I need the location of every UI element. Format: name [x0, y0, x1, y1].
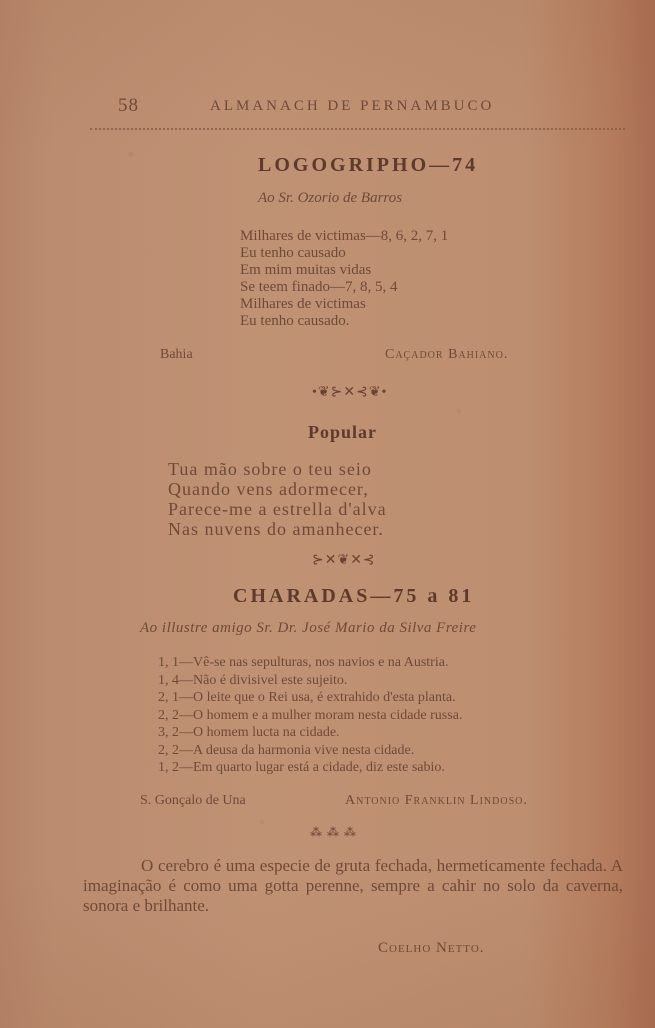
logogripho-title: LOGOGRIPHO—74	[258, 154, 478, 177]
header-dotted-rule	[90, 128, 625, 130]
quote-paragraph: O cerebro é uma especie de gruta fechada…	[83, 856, 623, 916]
logogripho-place: Bahia	[160, 347, 193, 363]
charadas-author: Antonio Franklin Lindoso.	[345, 793, 528, 809]
verse-line: Milhares de victimas—8, 6, 2, 7, 1	[240, 228, 448, 245]
ornament-icon: ⁂ ⁂ ⁂	[310, 825, 357, 840]
charada-item: 1, 4—Não é divisivel este sujeito.	[158, 672, 462, 690]
verse-line: Quando vens adormecer,	[168, 479, 387, 499]
verse-line: Nas nuvens do amanhecer.	[168, 519, 387, 539]
charadas-dedication: Ao illustre amigo Sr. Dr. José Mario da …	[140, 620, 476, 637]
charadas-list: 1, 1—Vê-se nas sepulturas, nos navios e …	[158, 654, 462, 777]
popular-verse: Tua mão sobre o teu seio Quando vens ado…	[168, 459, 387, 539]
verse-line: Milhares de victimas	[240, 296, 448, 313]
charada-item: 2, 1—O leite que o Rei usa, é extrahido …	[158, 689, 462, 707]
logogripho-verse: Milhares de victimas—8, 6, 2, 7, 1 Eu te…	[240, 228, 448, 330]
almanac-page: 58 ALMANACH DE PERNAMBUCO LOGOGRIPHO—74 …	[0, 0, 655, 1028]
charada-item: 2, 2—O homem e a mulher moram nesta cida…	[158, 707, 462, 725]
quote-author: Coelho Netto.	[378, 940, 485, 957]
verse-line: Eu tenho causado	[240, 245, 448, 262]
verse-line: Em mim muitas vidas	[240, 262, 448, 279]
running-title: ALMANACH DE PERNAMBUCO	[210, 98, 494, 115]
logogripho-author: Caçador Bahiano.	[385, 347, 508, 363]
logogripho-dedication: Ao Sr. Ozorio de Barros	[258, 190, 402, 207]
verse-line: Parece-me a estrella d'alva	[168, 499, 387, 519]
charada-item: 3, 2—O homem lucta na cidade.	[158, 724, 462, 742]
charada-item: 2, 2—A deusa da harmonia vive nesta cida…	[158, 742, 462, 760]
ornament-icon: ⊱✕❦✕⊰	[312, 552, 376, 569]
verse-line: Tua mão sobre o teu seio	[168, 459, 387, 479]
charadas-title: CHARADAS—75 a 81	[233, 585, 474, 608]
page-number: 58	[118, 95, 139, 117]
verse-line: Se teem finado—7, 8, 5, 4	[240, 279, 448, 296]
charadas-place: S. Gonçalo de Una	[140, 793, 246, 809]
charada-item: 1, 2—Em quarto lugar está a cidade, diz …	[158, 759, 462, 777]
ornament-icon: •❦⊱✕⊰❦•	[312, 384, 387, 401]
charada-item: 1, 1—Vê-se nas sepulturas, nos navios e …	[158, 654, 462, 672]
verse-line: Eu tenho causado.	[240, 313, 448, 330]
popular-title: Popular	[308, 422, 377, 443]
